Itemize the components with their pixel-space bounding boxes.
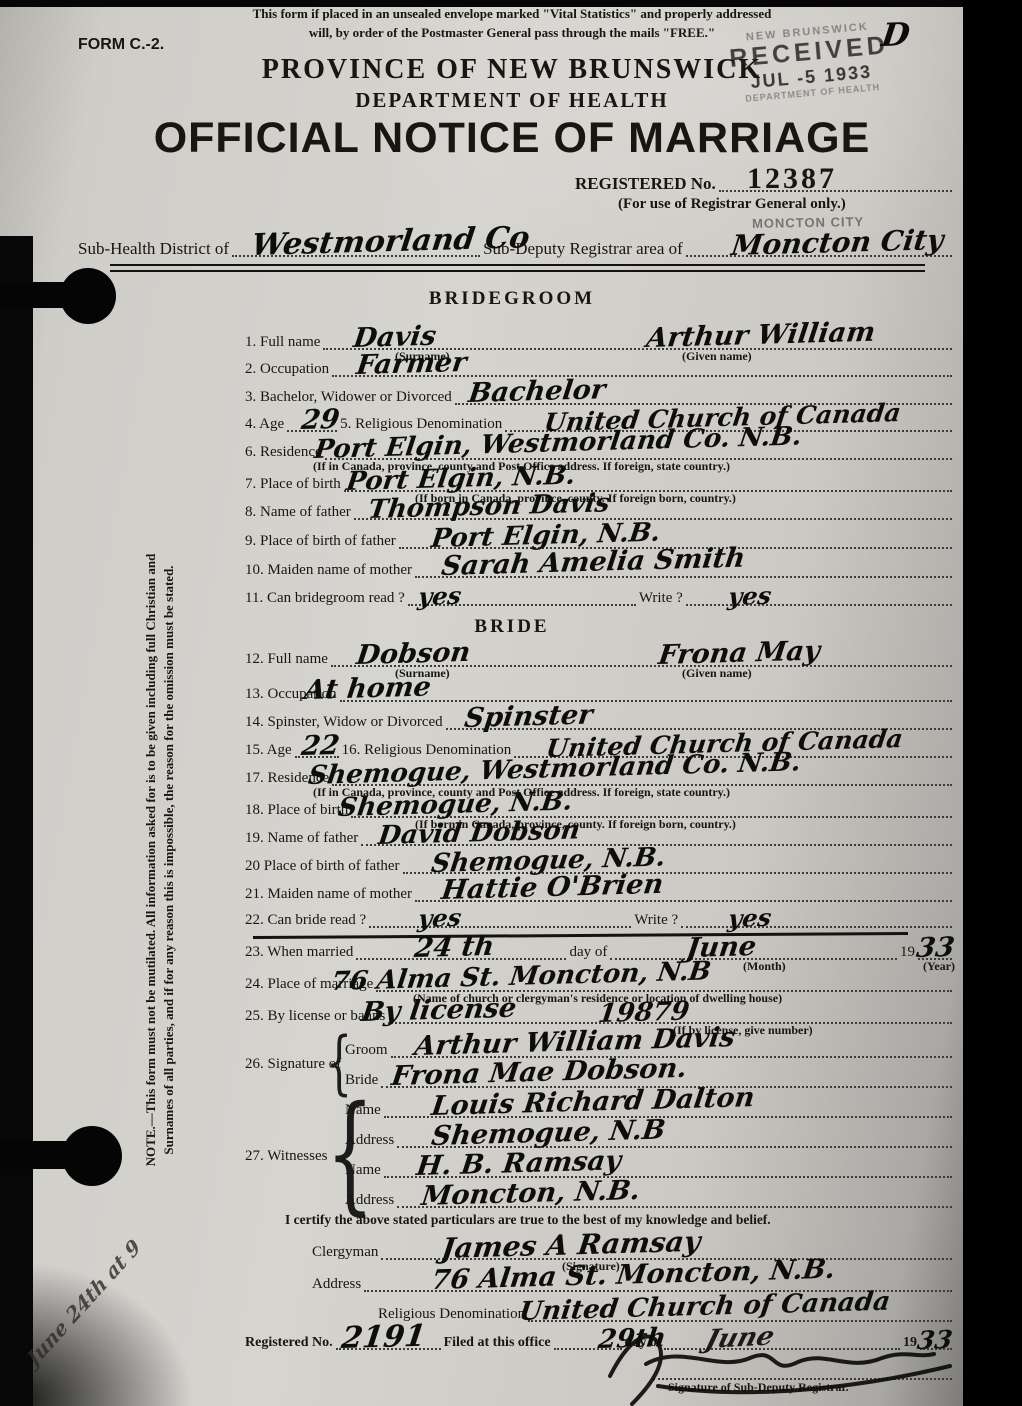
handwritten-age: 29: [300, 409, 341, 433]
handwritten-clergyman-signature: James A Ramsay: [440, 1230, 702, 1261]
marriage-form-scan: This form if placed in an unsealed envel…: [0, 0, 1022, 1406]
registrar-general-note: (For use of Registrar General only.): [618, 196, 846, 213]
handwritten-year: 33: [915, 937, 956, 961]
field-bg-mother: 10. Maiden name of mother Sarah Amelia S…: [245, 558, 955, 578]
field-registered-no: REGISTERED No. 12387: [575, 168, 955, 192]
handwritten-status: Bachelor: [467, 379, 607, 406]
handwritten-given-name: Frona May: [657, 641, 821, 668]
field-label: 21. Maiden name of mother: [245, 887, 412, 902]
handwritten-witness1-name: Louis Richard Dalton: [430, 1087, 756, 1119]
divider-double-rule: [110, 264, 925, 272]
handwritten-mother: Hattie O'Brien: [440, 874, 665, 903]
registered-no-label: REGISTERED No.: [575, 175, 716, 192]
field-label: 6. Residence: [245, 445, 322, 460]
field-br-full-name: 12. Full name Dobson Frona May (Surname)…: [245, 647, 955, 667]
field-label: 23. When married: [245, 945, 353, 960]
scan-edge-left: [0, 236, 33, 1406]
handwritten-father: Thompson Davis: [367, 492, 611, 521]
field-label: 22. Can bride read ?: [245, 913, 366, 928]
name-label: Name: [345, 1103, 381, 1118]
field-label: 15. Age: [245, 743, 292, 758]
address-label: Address: [345, 1133, 394, 1148]
bridegroom-heading: BRIDEGROOM: [60, 288, 964, 310]
dotted-line: [340, 697, 952, 702]
handwritten-witness1-address: Shemogue, N.B: [430, 1120, 666, 1149]
form-code: FORM C.-2.: [78, 36, 164, 54]
handwritten-status: Spinster: [463, 705, 594, 731]
handwritten-birthplace: Port Elgin, N.B.: [345, 465, 577, 493]
bride-heading: BRIDE: [60, 616, 964, 638]
field-label: 7. Place of birth: [245, 477, 341, 492]
handwritten-age: 22: [300, 735, 341, 759]
field-label: 4. Age: [245, 417, 284, 432]
field-label: 9. Place of birth of father: [245, 534, 396, 549]
side-note: NOTE.—This form must not be mutilated. A…: [141, 502, 185, 1218]
side-note-line1: NOTE.—This form must not be mutilated. A…: [141, 502, 161, 1218]
address-label: Address: [345, 1193, 394, 1208]
field-label: 1. Full name: [245, 335, 320, 350]
field-bg-residence: 6. Residence Port Elgin, Westmorland Co.…: [245, 440, 955, 460]
field-clergyman: Clergyman James A Ramsay (Signature): [312, 1240, 955, 1260]
field-label: 10. Maiden name of mother: [245, 563, 412, 578]
handwritten-witness2-name: H. B. Ramsay: [415, 1150, 622, 1179]
handwritten-given-name: Arthur William: [645, 322, 876, 351]
registered-no-value: 12387: [747, 167, 837, 191]
footer-filed-label: Filed at this office: [444, 1336, 551, 1350]
handwritten-registrar-area: Moncton City: [730, 228, 945, 258]
field-bg-literacy: 11. Can bridegroom read ? Write ? yes ye…: [245, 586, 955, 606]
field-br-birthplace: 18. Place of birth Shemogue, N.B. (If bo…: [245, 798, 955, 818]
field-license-or-banns: 25. By license or banns By license 19879…: [245, 1004, 955, 1024]
year-prefix: 19: [900, 945, 915, 960]
groom-label: Groom: [345, 1043, 388, 1058]
field-label: 3. Bachelor, Widower or Divorced: [245, 390, 452, 405]
handwritten-occupation: Farmer: [355, 352, 468, 378]
month-caption: (Month): [743, 960, 786, 972]
handwritten-district: Westmorland Co: [250, 225, 531, 258]
handwritten-father: David Dobson: [377, 819, 581, 847]
field-br-father: 19. Name of father David Dobson: [245, 826, 955, 846]
field-br-residence: 17. Residence Shemogue, Westmorland Co. …: [245, 766, 955, 786]
dotted-line: [686, 601, 952, 606]
field-br-occupation: 13. Occupation At home: [245, 682, 955, 702]
hole-punch-tab: [0, 282, 68, 308]
side-note-line2: Surnames of all parties, and if for any …: [161, 502, 177, 1218]
handwritten-license-number: 19879: [597, 1000, 691, 1025]
field-label: 2. Occupation: [245, 362, 329, 377]
handwritten-can-read: yes: [417, 907, 463, 929]
name-label: Name: [345, 1163, 381, 1178]
field-label: 11. Can bridegroom read ?: [245, 591, 405, 606]
field-witness1-address: Address Shemogue, N.B: [345, 1128, 955, 1148]
field-bg-father: 8. Name of father Thompson Davis: [245, 500, 955, 520]
field-witness2-address: Address Moncton, N.B.: [345, 1188, 955, 1208]
year-caption: (Year): [923, 960, 955, 972]
handwritten-can-read: yes: [417, 585, 463, 607]
field-label: 8. Name of father: [245, 505, 351, 520]
field-place-of-marriage: 24. Place of marriage 76 Alma St. Moncto…: [245, 972, 955, 992]
footer-registered-label: Registered No.: [245, 1336, 333, 1350]
field-label: 12. Full name: [245, 652, 328, 667]
address-label: Address: [312, 1277, 361, 1292]
handwritten-license: By license: [360, 998, 518, 1025]
field-bg-full-name: 1. Full name Davis Arthur William (Surna…: [245, 330, 955, 350]
sub-deputy-registrar-signature: [600, 1316, 960, 1406]
dotted-line: [369, 923, 631, 928]
handwritten-footer-registered-no: 2191: [340, 1323, 427, 1351]
field-label: 18. Place of birth: [245, 803, 348, 818]
field-label: 19. Name of father: [245, 831, 358, 846]
postal-notice-line1: This form if placed in an unsealed envel…: [60, 6, 964, 22]
handwritten-mother: Sarah Amelia Smith: [440, 548, 746, 579]
handwritten-day: 24 th: [413, 936, 495, 961]
field-label: 20 Place of birth of father: [245, 859, 400, 874]
field-district: Sub-Health District of Sub-Deputy Regist…: [78, 237, 955, 257]
district-label: Sub-Health District of: [78, 240, 229, 257]
dotted-line: [681, 923, 952, 928]
field-br-literacy: 22. Can bride read ? Write ? yes yes: [245, 908, 955, 928]
handwritten-can-write: yes: [727, 585, 773, 607]
handwritten-can-write: yes: [727, 907, 773, 929]
field-witness2-name: Name H. B. Ramsay: [345, 1158, 955, 1178]
handwritten-occupation: At home: [303, 677, 432, 703]
clergyman-label: Clergyman: [312, 1245, 378, 1260]
field-br-mother: 21. Maiden name of mother Hattie O'Brien: [245, 882, 955, 902]
handwritten-witness2-address: Moncton, N.B.: [420, 1180, 641, 1209]
field-when-married: 23. When married day of 19 24 th June 33…: [245, 940, 955, 960]
write-label: Write ?: [634, 913, 678, 928]
hole-punch-tab: [0, 1141, 70, 1169]
hole-punch: [62, 1126, 122, 1186]
day-of-label: day of: [569, 945, 607, 960]
handwritten-d-mark: D: [880, 21, 911, 49]
given-name-caption: (Given name): [682, 667, 752, 679]
form-title: OFFICIAL NOTICE OF MARRIAGE: [60, 114, 964, 163]
field-label: 14. Spinster, Widow or Divorced: [245, 715, 443, 730]
handwritten-birthplace: Shemogue, N.B.: [337, 790, 574, 819]
handwritten-surname: Dobson: [355, 642, 472, 668]
witnesses-label: 27. Witnesses: [245, 1148, 327, 1165]
write-label: Write ?: [639, 591, 683, 606]
